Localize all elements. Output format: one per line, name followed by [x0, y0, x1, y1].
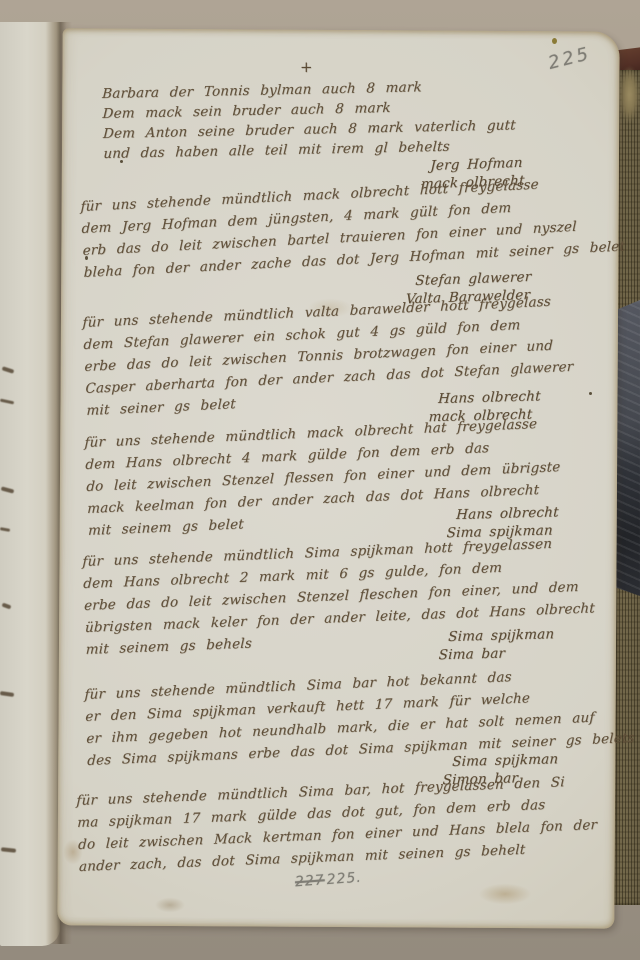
invocation-cross-mark: + [300, 58, 313, 76]
ink-speck [589, 392, 592, 395]
paper-stain [470, 880, 540, 908]
folio-number-struck: 227 [295, 872, 326, 890]
debris-fleck [552, 38, 557, 44]
signature-block-5: Sima spijkmanSima bar [448, 625, 555, 664]
folio-number-current: 225. [326, 870, 362, 888]
handwritten-line: Sima bar [438, 643, 555, 664]
manuscript-entry-1: Barbara der Tonnis bylman auch 8 markDem… [102, 75, 517, 164]
paper-stain [150, 895, 190, 915]
